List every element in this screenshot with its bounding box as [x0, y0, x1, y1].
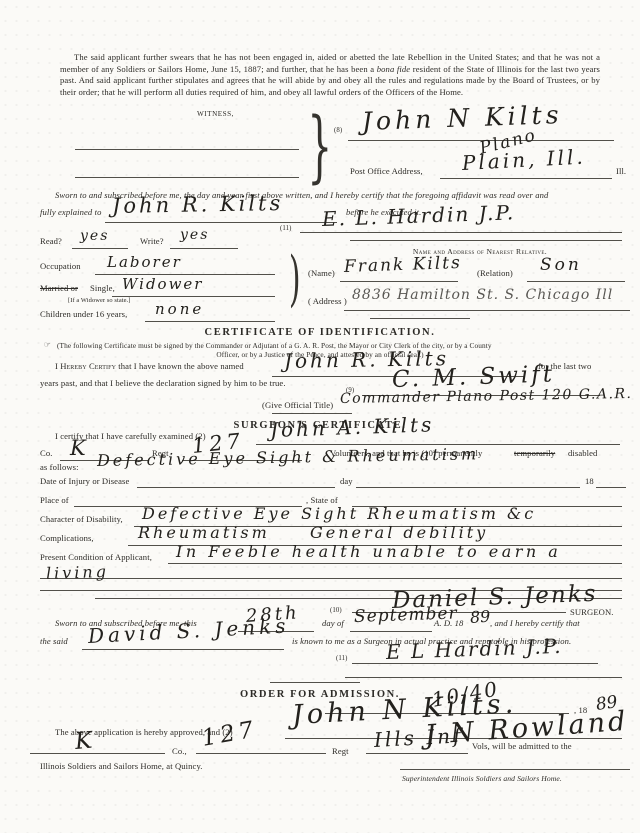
read-value: yes	[80, 228, 109, 244]
write-value: yes	[180, 227, 209, 243]
relation-value: Son	[540, 255, 582, 275]
superintendent-line	[400, 769, 630, 770]
condition-value-1: In Feeble health unable to earn a	[176, 542, 561, 561]
witness-line-1	[75, 149, 299, 150]
jurat2-month-line	[350, 631, 432, 632]
disabled-label: disabled	[568, 448, 597, 458]
children-value: none	[155, 300, 204, 318]
jurat2-footnote-ref: (11)	[336, 655, 347, 662]
year18-line	[596, 487, 626, 488]
identification-line2: years past, and that I believe the decla…	[40, 378, 286, 388]
post-office-suffix: Ill.	[616, 166, 626, 176]
examined-value: John A. Kilts	[270, 412, 435, 442]
order-co-line-left	[30, 753, 165, 754]
post-office-value: Plain, Ill.	[461, 145, 586, 175]
post-office-line	[440, 178, 612, 179]
jurat2-ad-label: A. D. 18	[434, 618, 463, 628]
order-co-value: K	[74, 727, 94, 754]
children-label: Children under 16 years,	[40, 309, 127, 319]
witness-line-2	[75, 177, 299, 178]
single-value: Widower	[122, 275, 203, 293]
married-struck-label: Married or	[40, 283, 78, 293]
jurat2-officer-signature: E L Hardin J.P.	[386, 634, 563, 664]
occupation-value: Laborer	[107, 253, 182, 271]
occupation-label: Occupation	[40, 261, 81, 271]
children-line	[145, 321, 275, 322]
affidavit-bona-fide: bona fide	[377, 64, 410, 74]
identification-title: CERTIFICATE OF IDENTIFICATION.	[0, 327, 640, 338]
relation-line	[527, 281, 625, 282]
day-line	[356, 487, 580, 488]
surgeon-label: SURGEON.	[570, 607, 614, 617]
co-value: K	[70, 436, 88, 460]
jurat1-applicant-name: John R. Kilts	[112, 191, 284, 218]
complications-value-1: Rheumatism	[138, 523, 270, 542]
condition-line-1	[168, 563, 622, 564]
relative-address-line	[344, 310, 630, 311]
jurat2-officer-line	[352, 663, 598, 664]
jurat1-officer-signature: E. L. Hardin J.P.	[322, 200, 516, 231]
jurat2-line2-pre: the said	[40, 636, 68, 646]
relative-address-label: ( Address )	[308, 296, 347, 306]
character-label: Character of Disability,	[40, 514, 123, 524]
relative-name-line	[340, 281, 458, 282]
temporarily-struck: temporarily	[514, 448, 555, 458]
order-divider	[270, 682, 360, 683]
as-follows-label: as follows:	[40, 462, 79, 472]
order-regt-label: Regt	[332, 746, 349, 756]
witness-brace-icon: }	[307, 108, 332, 186]
relative-top-line	[350, 240, 622, 241]
jurat1-officer-line	[300, 232, 622, 233]
jurat2-day-of: day of	[322, 618, 344, 628]
affidavit-paragraph: The said applicant further swears that h…	[60, 52, 600, 98]
jurat1-footnote-ref: (11)	[280, 225, 291, 232]
witness-label: WITNESS,	[197, 110, 234, 118]
day-label: day	[340, 476, 353, 486]
order-co-label: Co.,	[172, 746, 187, 756]
order-regt-value: 127	[200, 716, 260, 751]
relative-name-label: (Name)	[308, 268, 335, 278]
order-home-label: Illinois Soldiers and Sailors Home, at Q…	[40, 761, 203, 771]
certify-caps: Hereby Certify	[60, 361, 116, 371]
pointing-hand-icon: ☞	[44, 340, 51, 349]
jurat2-line1-post: , and I hereby certify that	[490, 618, 580, 628]
year18-label: 18	[585, 476, 594, 486]
write-line	[170, 248, 238, 249]
identification-divider	[272, 413, 352, 414]
widower-note: [If a Widower so state.]	[68, 297, 131, 304]
certify-pre2: that I have known the above named	[116, 361, 244, 371]
identification-certify-line: I Hereby Certify that I have known the a…	[55, 361, 244, 371]
scanned-application-form: The said applicant further swears that h…	[0, 0, 640, 833]
complications-value-2: General debility	[310, 523, 488, 542]
superintendent-label: Superintendent Illinois Soldiers and Sai…	[402, 774, 562, 783]
official-title-label: (Give Official Title)	[262, 400, 333, 410]
order-regiment-line	[366, 753, 468, 754]
signature-footnote-ref: (8)	[334, 127, 342, 134]
write-label: Write?	[140, 236, 164, 246]
relative-name-value: Frank Kilts	[344, 253, 462, 277]
single-line	[112, 296, 275, 297]
relative-brace-icon: )	[289, 249, 301, 309]
read-label: Read?	[40, 236, 62, 246]
relative-bottom-line	[370, 318, 470, 319]
injury-date-label: Date of Injury or Disease	[40, 476, 129, 486]
condition-value-2: living	[46, 562, 110, 583]
jurat2-year-value: 89	[469, 607, 491, 627]
jurat1-name-line	[105, 222, 337, 223]
relation-label: (Relation)	[477, 268, 513, 278]
read-line	[72, 248, 128, 249]
single-label: Single,	[90, 283, 115, 293]
jurat1-line2-pre: fully explained to	[40, 207, 101, 217]
relative-address-value: 8836 Hamilton St. S. Chicago Ill	[352, 287, 613, 303]
order-regt-line	[196, 753, 326, 754]
co-label: Co.	[40, 448, 52, 458]
character-value: Defective Eye Sight Rheumatism &c	[142, 504, 536, 523]
place-label: Place of	[40, 495, 69, 505]
jurat2-name-line	[82, 649, 284, 650]
complications-label: Complications,	[40, 533, 94, 543]
injury-date-line	[137, 487, 335, 488]
post-office-label: Post Office Address,	[350, 166, 423, 176]
condition-line-2	[40, 578, 622, 579]
surgeon-footnote-ref: (10)	[330, 607, 342, 614]
condition-label: Present Condition of Applicant,	[40, 552, 152, 562]
official-title-value: Commander Plano Post 120 G.A.R.	[340, 386, 633, 407]
